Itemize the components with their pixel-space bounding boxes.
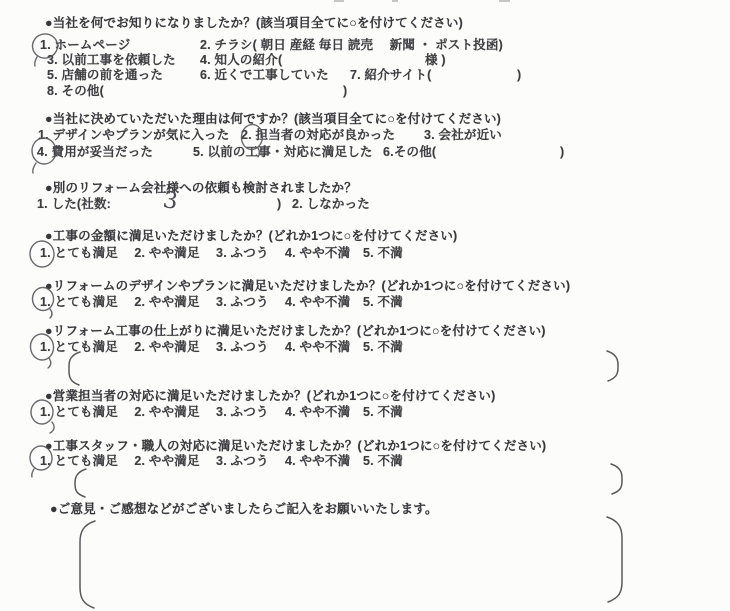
q1-option-nearby-work: 6. 近くで工事していた xyxy=(200,68,329,83)
q6-satisfaction-options: 1. とても満足 2. やや満足 3. ふつう 4. やや不満 5. 不満 xyxy=(40,340,403,355)
q2-option-cost: 4. 費用が妥当だった xyxy=(37,145,153,160)
q2-option-other-close: ) xyxy=(560,145,564,160)
q1-option-homepage: 1. ホームページ xyxy=(40,38,130,53)
q9-comment-bracket-left xyxy=(80,521,95,608)
q9-heading: ●ご意見・ご感想などがございましたらご記入をお願いいたします。 xyxy=(50,502,438,517)
q4-satisfaction-options: 1. とても満足 2. やや満足 3. ふつう 4. やや不満 5. 不満 xyxy=(40,246,403,261)
q1-option-referral-site-close: ) xyxy=(517,68,521,83)
q2-option-previous-satisfaction: 5. 以前の工事・対応に満足した xyxy=(193,145,373,160)
q2-option-staff-response: 2. 担当者の対応が良かった xyxy=(241,128,395,143)
q1-option-previous-work: 3. 以前工事を依頼した xyxy=(47,53,176,68)
q1-option-other: 8. その他( xyxy=(47,84,104,99)
scan-artifact xyxy=(334,0,344,2)
q8-satisfaction-options: 1. とても満足 2. やや満足 3. ふつう 4. やや不満 5. 不満 xyxy=(40,454,403,469)
q5-circle-tail xyxy=(50,309,52,318)
q2-option-design: 1. デザインやプランが気に入った xyxy=(38,128,229,143)
scan-artifact xyxy=(392,0,398,2)
q1-option-referral: 4. 知人の紹介( xyxy=(200,53,282,68)
q6-comment-bracket-right xyxy=(607,351,618,381)
q1-option-referral-site: 7. 紹介サイト( xyxy=(350,68,432,83)
q3-option-no: 2. しなかった xyxy=(292,197,370,212)
q2-heading: ●当社に決めていただいた理由は何ですか？(該当項目全てに○を付けてください) xyxy=(45,112,501,127)
q1-circle-tail xyxy=(35,57,37,66)
q3-option-yes: 1. した(社数: xyxy=(37,197,111,212)
q8-comment-bracket-right xyxy=(611,464,622,494)
q2-option-other: 6.その他( xyxy=(383,145,436,160)
q5-heading: ●リフォームのデザインやプランに満足いただけましたか？(どれか1つに○を付けてく… xyxy=(45,279,570,294)
q8-comment-bracket-left xyxy=(75,469,86,497)
q3-option-yes-close: ) xyxy=(277,197,281,212)
q1-heading: ●当社を何でお知りになりましたか？(該当項目全てに○を付けてください) xyxy=(45,16,463,31)
q1-option-flyer: 2. チラシ( 朝日 産経 毎日 読売 新聞 ・ ポスト投函) xyxy=(200,38,503,53)
scanned-survey-page: ●当社を何でお知りになりましたか？(該当項目全てに○を付けてください) 1. ホ… xyxy=(0,0,730,611)
q2-circle4-tail xyxy=(33,163,36,173)
q9-comment-bracket-right xyxy=(607,517,622,602)
q3-handwritten-company-count: 3 xyxy=(161,187,180,215)
q8-circle-tail xyxy=(32,469,34,477)
q1-option-storefront: 5. 店舗の前を通った xyxy=(47,68,163,83)
q3-heading: ●別のリフォーム会社様への依頼も検討されましたか？ xyxy=(45,181,357,196)
q7-heading: ●営業担当者の対応に満足いただけましたか？(どれか1つに○を付けてください) xyxy=(45,389,495,404)
q1-option-referral-close: 様 ) xyxy=(425,53,446,68)
q6-comment-bracket-left xyxy=(69,352,80,385)
q7-circle-tail xyxy=(50,422,54,433)
q7-satisfaction-options: 1. とても満足 2. やや満足 3. ふつう 4. やや不満 5. 不満 xyxy=(40,405,403,420)
q8-heading: ●工事スタッフ・職人の対応に満足いただけましたか？(どれか1つに○を付けてくださ… xyxy=(45,439,546,454)
q6-circle-tail xyxy=(48,358,51,368)
q6-heading: ●リフォーム工事の仕上がりに満足いただけましたか？(どれか1つに○を付けてくださ… xyxy=(45,324,546,339)
q2-option-company-near: 3. 会社が近い xyxy=(424,128,502,143)
q5-satisfaction-options: 1. とても満足 2. やや満足 3. ふつう 4. やや不満 5. 不満 xyxy=(40,295,403,310)
q1-option-other-close: ) xyxy=(343,84,347,99)
scan-artifact xyxy=(499,0,510,2)
q4-heading: ●工事の金額に満足いただけましたか？(どれか1つに○を付けてください) xyxy=(45,229,457,244)
